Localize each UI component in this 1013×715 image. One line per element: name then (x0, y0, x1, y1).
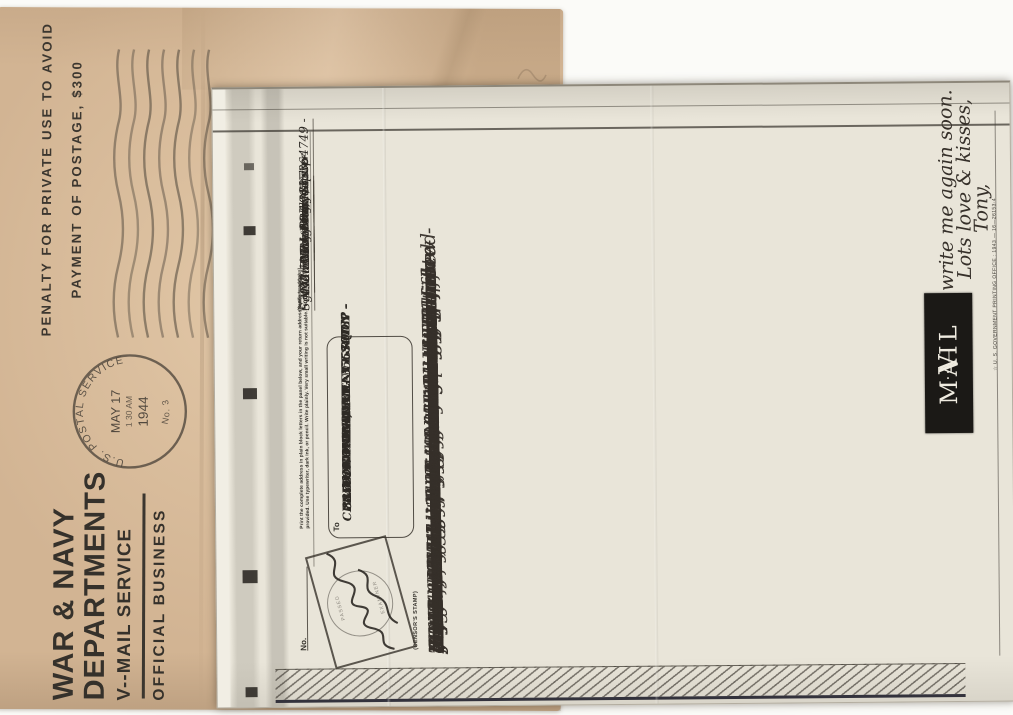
registration-dash (244, 163, 254, 170)
handwriting-line: while we are apart - Must close for now … (420, 227, 448, 654)
signature-tony: Tony, (970, 184, 992, 233)
vmail-logo-mail: MAIL (934, 321, 963, 405)
address-instructions: Print the complete address in plain bloc… (298, 289, 313, 529)
censor-caption: (CENSOR'S STAMP) (413, 591, 420, 650)
registration-dash (246, 687, 258, 697)
dept-line: V--MAIL SERVICE (113, 350, 136, 700)
dept-line: WAR & NAVY (49, 350, 81, 700)
government-printing-imprint: ☆ U. S. GOVERNMENT PRINTING OFFICE : 194… (991, 198, 999, 371)
penalty-line: PENALTY FOR PRIVATE USE TO AVOID (32, 7, 63, 352)
divider-rule (142, 494, 145, 699)
paper-crease (650, 86, 658, 704)
form-rule (212, 103, 1009, 111)
from-block: FromSgt. A. A. Montani - 35364749 - (Sen… (296, 96, 298, 311)
penalty-line: PAYMENT OF POSTAGE, $300 (62, 7, 93, 352)
registration-dash (243, 388, 257, 399)
hatched-border (275, 663, 965, 703)
form-rule (213, 124, 1010, 132)
cancellation-wave-lines (110, 47, 216, 339)
sender-department-block: WAR & NAVY DEPARTMENTS V--MAIL SERVICE O… (49, 350, 192, 700)
to-address-lines: CPL. D. P. MONTANI - 35579737317th BOMBA… (338, 201, 341, 521)
official-business-label: OFFICIAL BUSINESS (150, 351, 169, 701)
photo-background: PENALTY FOR PRIVATE USE TO AVOID PAYMENT… (0, 0, 1013, 715)
message-body: My dear Mildred & Sam -Received your mos… (417, 109, 428, 654)
vmail-logo: V ···— MAIL (924, 293, 973, 433)
registration-dash (244, 226, 256, 235)
to-address-line: U. S. A. (340, 409, 352, 455)
censor-signature (303, 529, 419, 671)
dept-line: DEPARTMENTS (80, 350, 112, 700)
penalty-text: PENALTY FOR PRIVATE USE TO AVOID PAYMENT… (32, 7, 105, 352)
form-rule (995, 111, 1001, 656)
censor-stamp-box: PASSED EXAMINER (305, 535, 417, 669)
date-caption: (Date) (298, 297, 304, 311)
envelope-flap-shade (182, 8, 560, 91)
to-address-panel: To CPL. D. P. MONTANI - 35579737317th BO… (326, 336, 414, 539)
letter-country: England - (297, 194, 314, 253)
vmail-letter-sheet: No. Print the complete address in plain … (211, 81, 1013, 709)
registration-dash (243, 570, 258, 583)
no-blank-line (298, 567, 308, 651)
to-label: To (332, 522, 341, 531)
